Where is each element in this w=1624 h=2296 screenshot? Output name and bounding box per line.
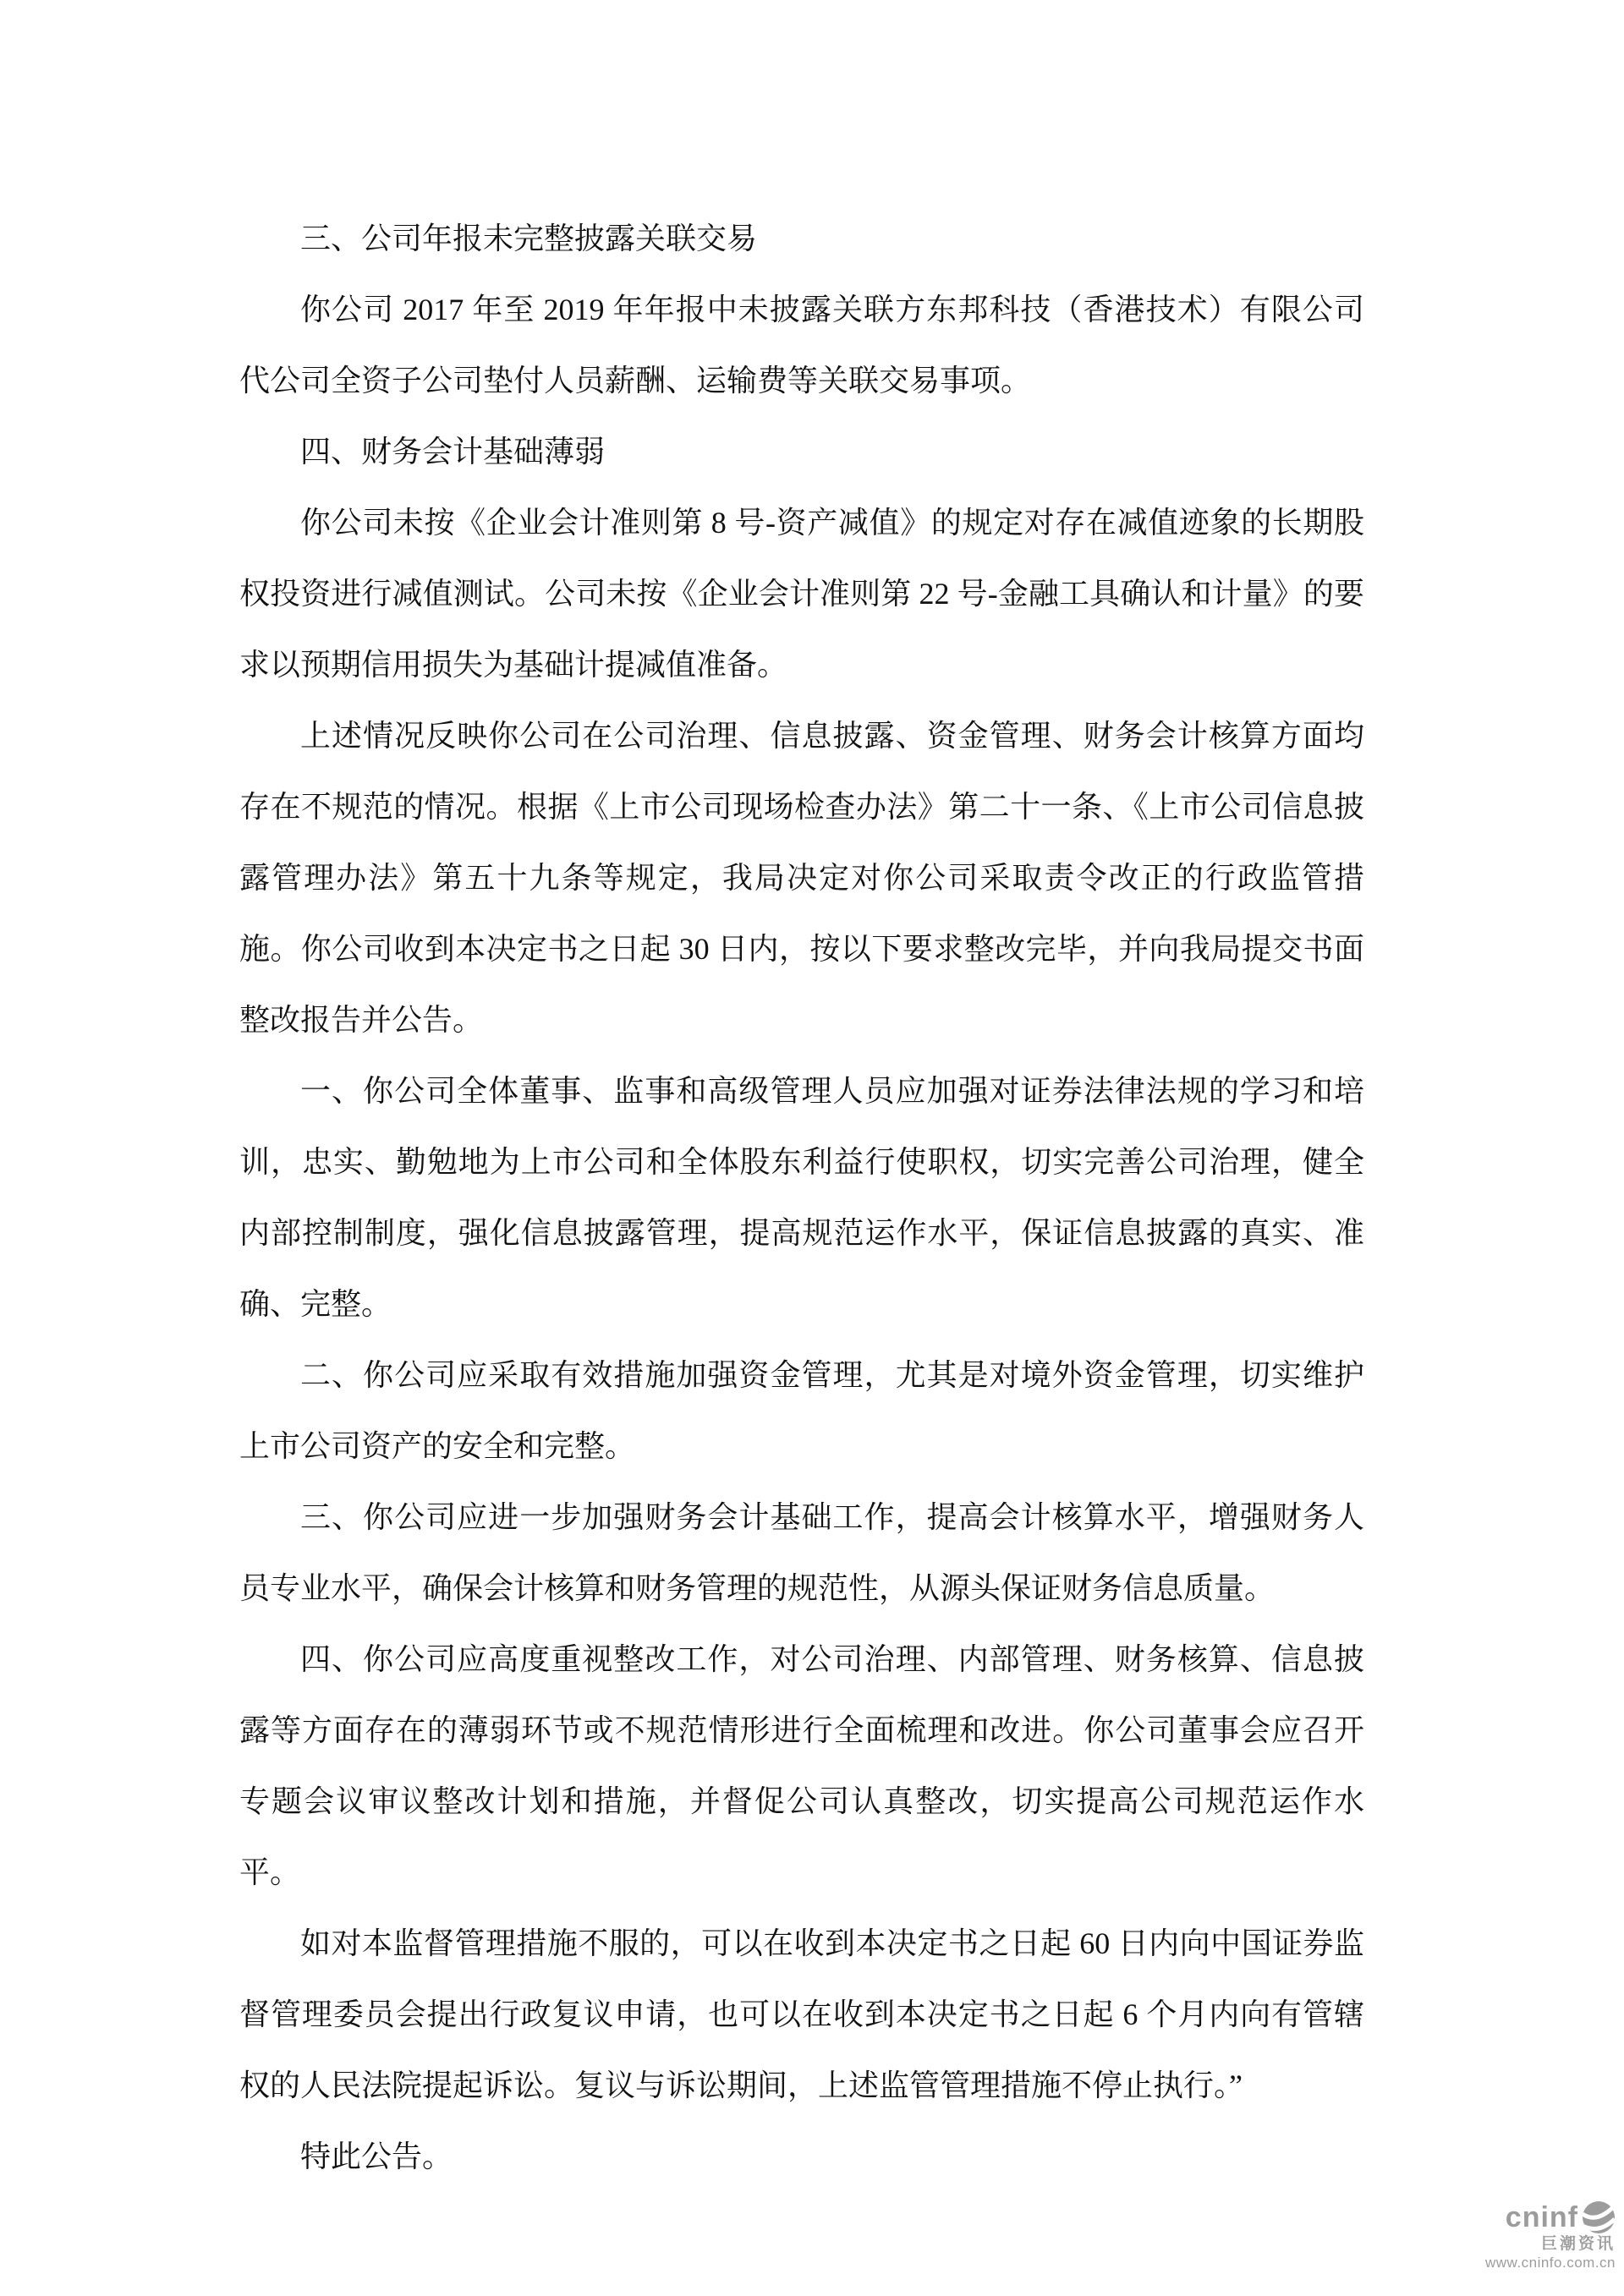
cninfo-logo: cninf 巨潮资讯 www.cninfo.com.cn — [1485, 2200, 1616, 2270]
document-page: 三、公司年报未完整披露关联交易你公司 2017 年至 2019 年年报中未披露关… — [0, 0, 1624, 2296]
paragraph: 一、你公司全体董事、监事和高级管理人员应加强对证券法律法规的学习和培训，忠实、勤… — [239, 1055, 1364, 1340]
paragraph: 你公司未按《企业会计准则第 8 号-资产减值》的规定对存在减值迹象的长期股权投资… — [239, 487, 1364, 700]
paragraph: 三、公司年报未完整披露关联交易 — [239, 203, 1364, 274]
paragraph: 四、你公司应高度重视整改工作，对公司治理、内部管理、财务核算、信息披露等方面存在… — [239, 1624, 1364, 1908]
paragraph: 四、财务会计基础薄弱 — [239, 416, 1364, 487]
paragraph: 如对本监督管理措施不服的，可以在收到本决定书之日起 60 日内向中国证券监督管理… — [239, 1908, 1364, 2121]
paragraph: 特此公告。 — [239, 2121, 1364, 2192]
paragraph: 你公司 2017 年至 2019 年年报中未披露关联方东邦科技（香港技术）有限公… — [239, 274, 1364, 416]
cninfo-brand-text: cninf — [1506, 2203, 1578, 2232]
document-body: 三、公司年报未完整披露关联交易你公司 2017 年至 2019 年年报中未披露关… — [239, 203, 1364, 2192]
paragraph: 三、你公司应进一步加强财务会计基础工作，提高会计核算水平，增强财务人员专业水平，… — [239, 1482, 1364, 1624]
paragraph: 上述情况反映你公司在公司治理、信息披露、资金管理、财务会计核算方面均存在不规范的… — [239, 700, 1364, 1055]
cninfo-brand-chinese: 巨潮资讯 — [1485, 2236, 1616, 2252]
cninfo-logo-row: cninf — [1485, 2200, 1616, 2234]
cninfo-globe-icon — [1582, 2200, 1616, 2234]
cninfo-url: www.cninfo.com.cn — [1485, 2255, 1616, 2270]
paragraph: 二、你公司应采取有效措施加强资金管理，尤其是对境外资金管理，切实维护上市公司资产… — [239, 1340, 1364, 1482]
